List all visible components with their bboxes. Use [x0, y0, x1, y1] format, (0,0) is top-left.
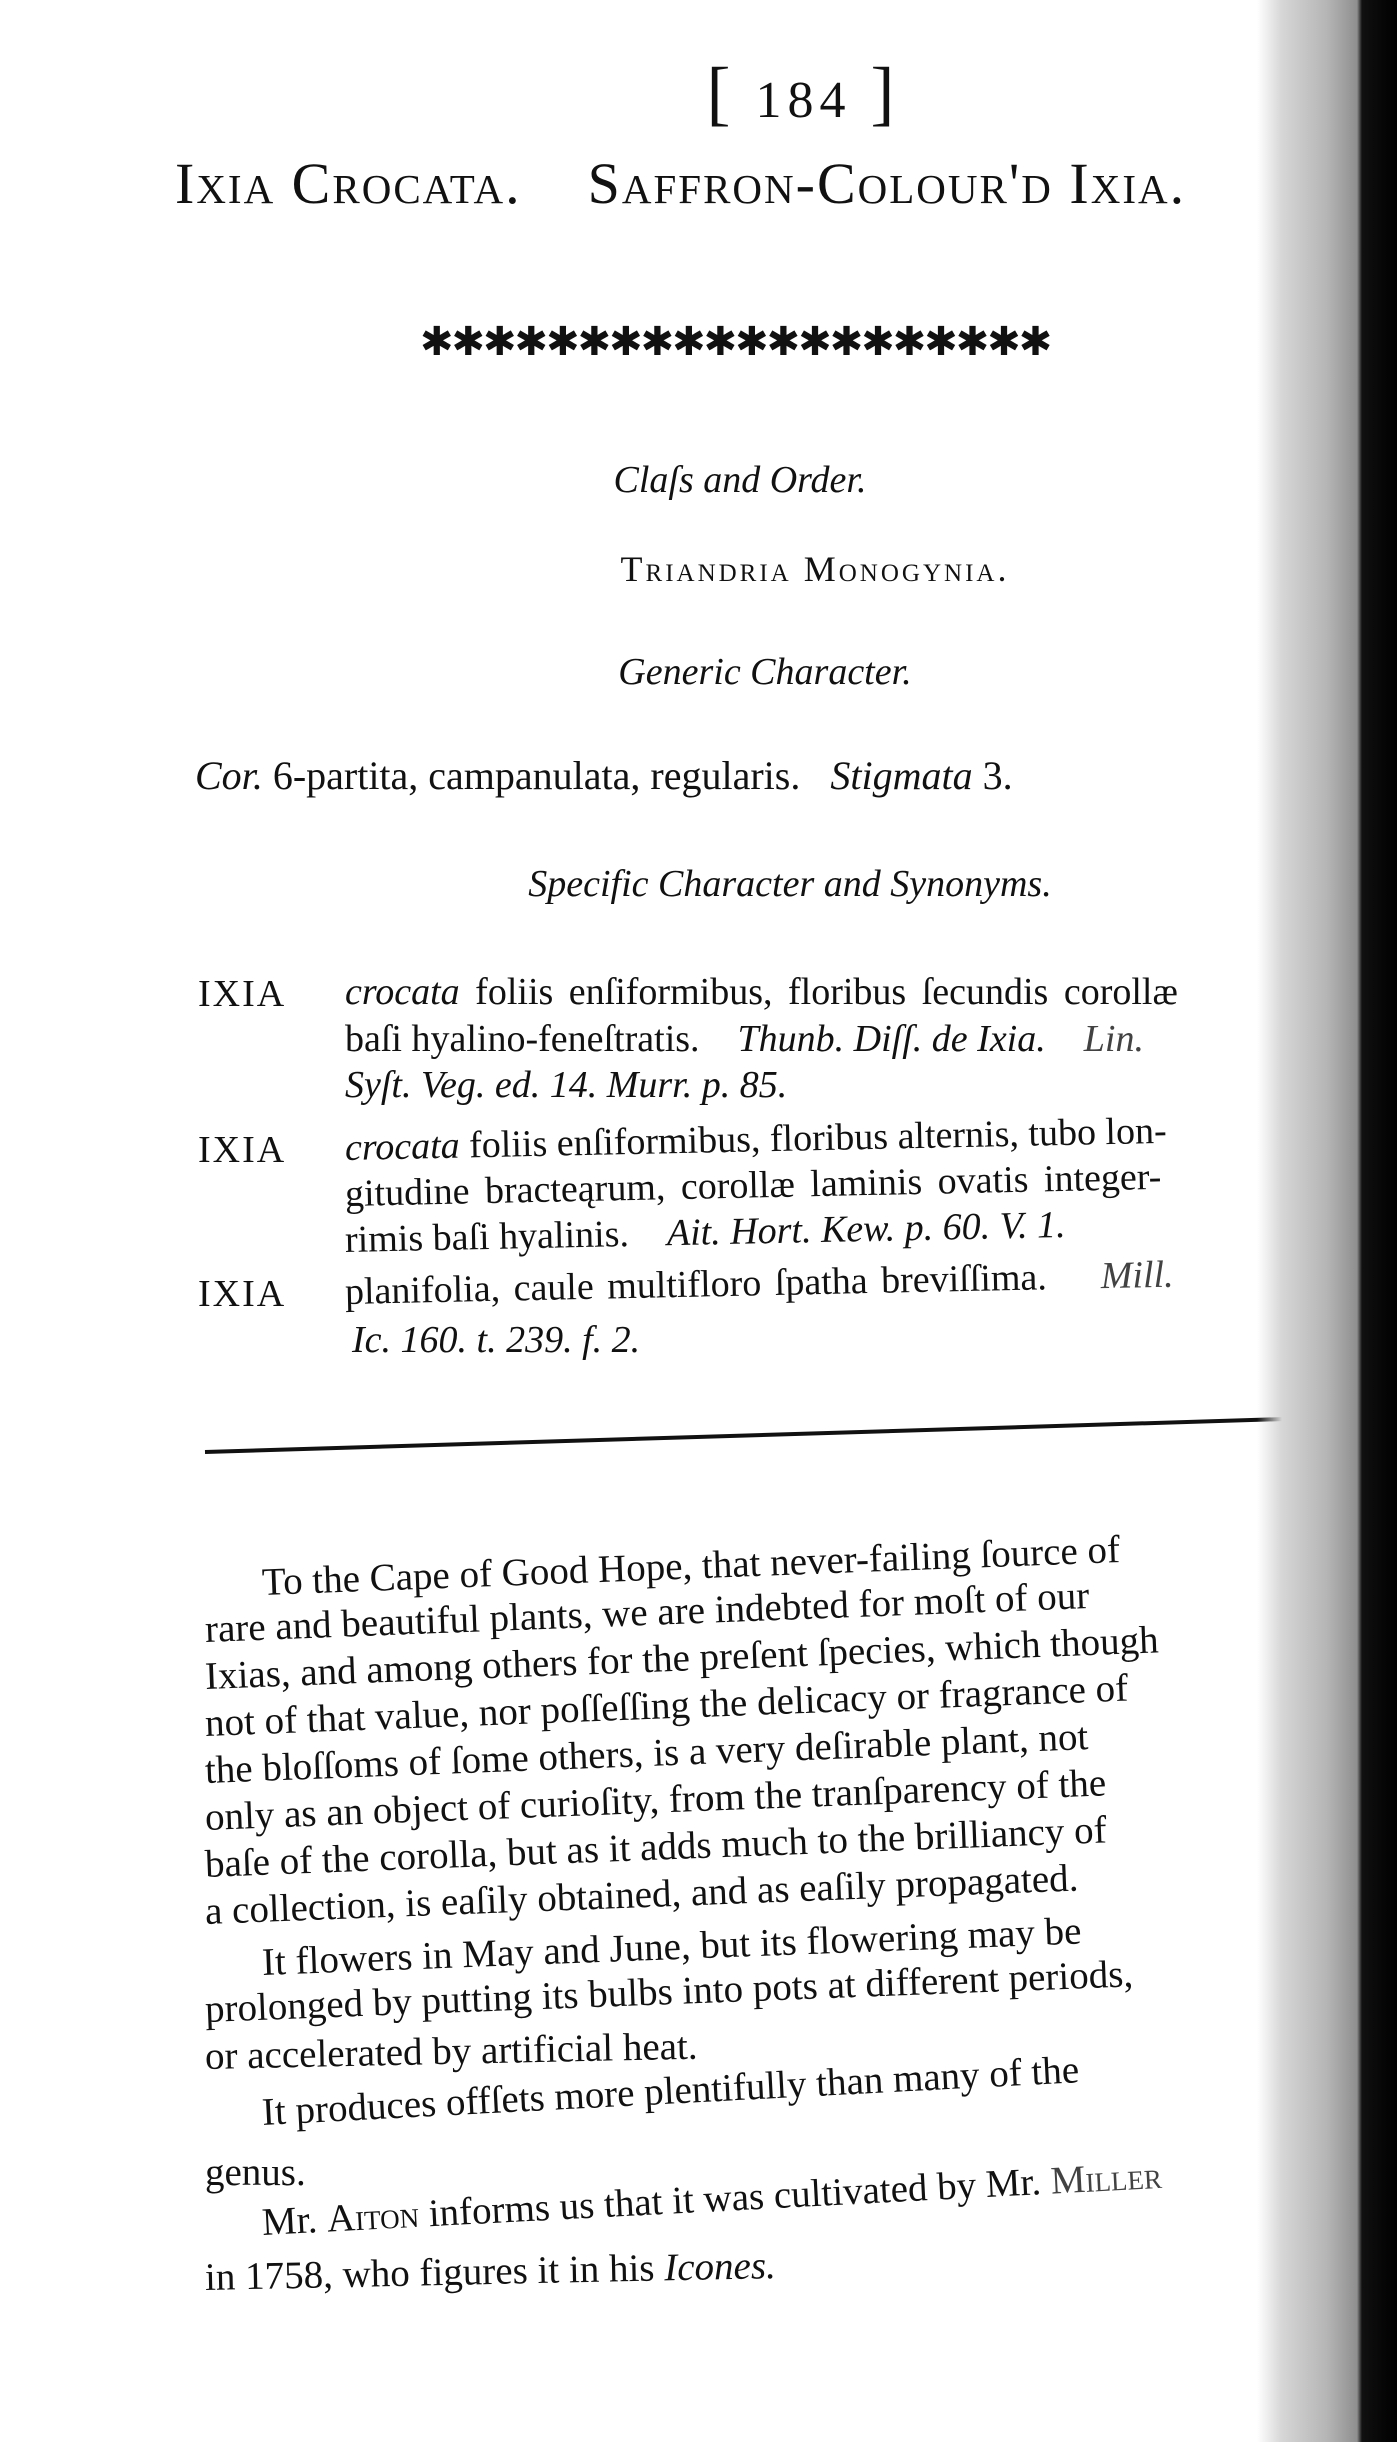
ornament-divider-icon: ✱✱✱✱✱✱✱✱✱✱✱✱✱✱✱✱✱✱✱✱ — [420, 318, 1050, 365]
citation: Ait. Hort. Kew. p. 60. V. 1. — [666, 1204, 1065, 1254]
bracket-open: [ — [707, 53, 737, 133]
person-name-clipped: Miller — [1050, 2154, 1163, 2203]
generic-heading: Generic Character. — [0, 650, 1397, 694]
honorific: Mr. — [261, 2198, 318, 2244]
paragraph-line: Mr. Aiton informs us that it was cultiva… — [261, 2153, 1163, 2245]
class-order-heading: Claſs and Order. — [0, 458, 1397, 502]
bracket-close: ] — [871, 53, 901, 133]
citation-clipped: Mill. — [1100, 1254, 1174, 1298]
synonym-label: IXIA — [198, 1272, 286, 1316]
scanned-page: [ 184 ] Ixia Crocata. Saffron-Colour'd I… — [0, 0, 1397, 2442]
citation: Ic. 160. t. 239. f. 2. — [352, 1318, 640, 1362]
species-epithet: crocata — [345, 1125, 461, 1169]
stigmata-value: 3. — [983, 753, 1013, 798]
cor-text: 6-partita, campanulata, regularis. — [273, 753, 801, 798]
book-title: Icones. — [664, 2244, 776, 2289]
citation: Thunb. Diſſ. de Ixia. — [738, 1018, 1046, 1060]
paragraph-line: genus. — [205, 2150, 306, 2195]
sentence-text: in 1758, who figures it in his — [205, 2247, 655, 2299]
synonym-text: rimis baſi hyalinis. — [345, 1213, 630, 1261]
synonym-line: baſi hyalino-feneſtratis. Thunb. Diſſ. d… — [345, 1017, 1144, 1061]
specific-heading: Specific Character and Synonyms. — [0, 862, 1397, 906]
generic-character-text: Cor. 6-partita, campanulata, regularis. … — [195, 752, 1013, 799]
title-latin: Ixia Crocata. — [175, 151, 522, 216]
synonym-text: foliis enſiformibus, floribus ſecundis c… — [460, 971, 1178, 1013]
species-epithet: crocata — [345, 971, 460, 1013]
sentence-text: informs us that it was cultivated by Mr. — [428, 2160, 1043, 2235]
citation-clipped: Lin. — [1084, 1018, 1144, 1060]
synonym-text: planifolia, caule multifloro ſpatha brev… — [345, 1256, 1048, 1313]
page-number-value: 184 — [756, 72, 852, 129]
synonym-line: planifolia, caule multifloro ſpatha brev… — [345, 1253, 1174, 1314]
page-title: Ixia Crocata. Saffron-Colour'd Ixia. — [175, 150, 1186, 217]
synonym-label: IXIA — [198, 1128, 286, 1172]
book-gutter-shadow — [1257, 0, 1397, 2442]
stigmata-label: Stigmata — [830, 753, 972, 798]
person-name: Aiton — [326, 2193, 420, 2241]
synonym-label: IXIA — [198, 972, 286, 1016]
synonym-text: baſi hyalino-feneſtratis. — [345, 1018, 700, 1060]
paragraph-line: in 1758, who figures it in his Icones. — [205, 2243, 777, 2300]
cor-label: Cor. — [195, 753, 263, 798]
synonym-line: crocata foliis enſiformibus, floribus ſe… — [345, 970, 1178, 1014]
class-order-value: Triandria Monogynia. — [0, 548, 1397, 590]
title-english: Saffron-Colour'd Ixia. — [588, 151, 1187, 216]
section-divider-rule — [205, 1414, 1375, 1454]
citation: Syſt. Veg. ed. 14. Murr. p. 85. — [345, 1063, 787, 1107]
page-number: [ 184 ] — [0, 52, 1397, 135]
